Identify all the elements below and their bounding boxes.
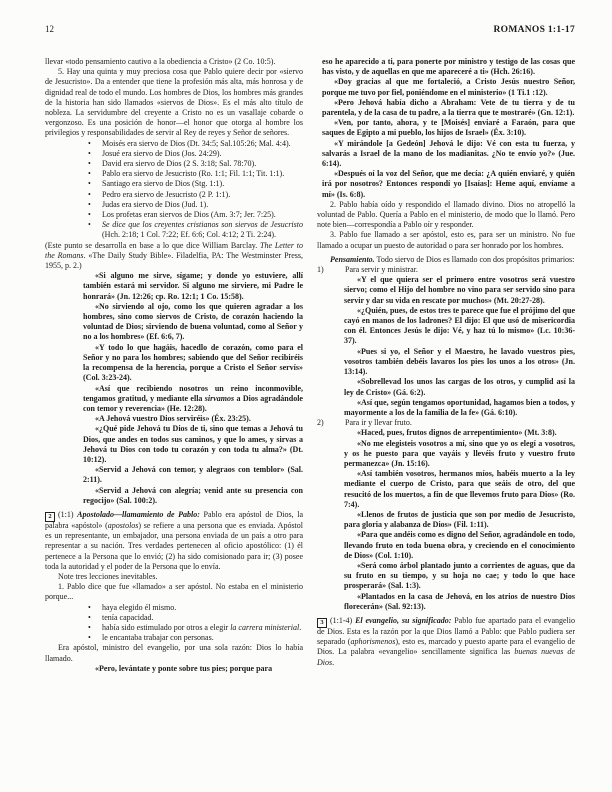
text-run: Note tres lecciones inevitables. [58, 572, 158, 581]
text-run: «Después oí la voz del Señor, que me dec… [322, 169, 575, 198]
text-run: (1:1-4) [330, 616, 355, 625]
text-run: «Si alguno me sirve, sígame; y donde yo … [83, 271, 303, 300]
paragraph: llevar «todo pensamiento cautivo a la ob… [45, 57, 303, 67]
scripture-quote: eso he aparecido a ti, para ponerte por … [317, 57, 575, 77]
scripture-quote: «Pues si yo, el Señor y el Maestro, he l… [317, 347, 575, 378]
text-run: «No sirviendo al ojo, como los que quier… [83, 302, 303, 342]
section-paragraph: 2(1:1) Apostolado—llamamiento de Pablo: … [45, 510, 303, 572]
text-run: «Así también vosotros, hermanos míos, ha… [344, 469, 575, 509]
text-run: 5. Hay una quinta y muy preciosa cosa qu… [45, 67, 303, 137]
text-run: Santiago era siervo de Dios (Stg. 1:1). [102, 179, 224, 188]
scripture-quote: «Y mirándole [a Gedeón] Jehová le dijo: … [317, 139, 575, 170]
scripture-quote: «Para que andéis como es digno del Señor… [317, 530, 575, 561]
bullet-item: •Se dice que los creyentes cristianos so… [45, 220, 303, 240]
bullet-item: •le encantaba trabajar con personas. [45, 633, 303, 643]
text-run: aphorismenos [350, 637, 395, 646]
section-paragraph: 3(1:1-4) El evangelio, su significado: P… [317, 616, 575, 668]
text-run: Todo siervo de Dios es llamado con dos p… [375, 255, 575, 264]
text-run: «Servid a Jehová con temor, y alegraos c… [83, 465, 303, 484]
bullet-item: •haya elegido él mismo. [45, 603, 303, 613]
bullet-icon: • [88, 190, 102, 200]
bullet-item: •David era siervo de Dios (2 S. 3:18; Sa… [45, 159, 303, 169]
text-columns: llevar «todo pensamiento cautivo a la ob… [45, 57, 575, 674]
paragraph: 2. Pablo había oído y respondido el llam… [317, 200, 575, 231]
bullet-item: •Los profetas eran siervos de Dios (Am. … [45, 210, 303, 220]
commentary-page: 12 ROMANOS 1:1-17 llevar «todo pensamien… [0, 0, 612, 792]
text-run: Pedro era siervo de Jesucristo (2 P. 1:1… [102, 190, 230, 199]
bullet-icon: • [88, 613, 102, 623]
text-run: «¿Qué pide Jehová tu Dios de ti, sino qu… [83, 424, 303, 464]
bullet-item: •Santiago era siervo de Dios (Stg. 1:1). [45, 179, 303, 189]
text-run: tenía capacidad. [102, 613, 154, 622]
text-run: «Servid a Jehová con alegría; venid ante… [83, 486, 303, 505]
bullet-icon: • [88, 149, 102, 159]
text-run: apostolos [108, 521, 139, 530]
text-run: Pensamiento. [330, 255, 375, 264]
paragraph: Pensamiento. Todo siervo de Dios es llam… [317, 255, 575, 265]
scripture-quote: «Plantados en la casa de Jehová, en los … [317, 592, 575, 612]
text-run: haya elegido él mismo. [102, 603, 176, 612]
scripture-quote: «Y todo lo que hagáis, hacedlo de corazó… [45, 343, 303, 384]
text-run: Pablo era siervo de Jesucristo (Ro. 1:1;… [102, 169, 284, 178]
scripture-quote: «Y el que quiera ser el primero entre vo… [317, 275, 575, 306]
citation-note: (Este punto se desarrolla en base a lo q… [45, 241, 303, 272]
scripture-quote: «Así que, según tengamos oportunidad, ha… [317, 398, 575, 418]
scripture-quote: «Servid a Jehová con temor, y alegraos c… [45, 465, 303, 485]
text-run: Para ir y llevar fruto. [345, 418, 412, 427]
bullet-icon: • [88, 179, 102, 189]
scripture-quote: «Doy gracias al que me fortaleció, a Cri… [317, 77, 575, 97]
scripture-quote: «Haced, pues, frutos dignos de arrepenti… [317, 428, 575, 438]
text-run: había sido estimulado por otros a elegir [102, 623, 230, 632]
text-run: «Pero, levántate y ponte sobre tus pies;… [95, 664, 272, 673]
list-number: 2) [317, 418, 345, 428]
text-run: le encantaba trabajar con personas. [102, 633, 214, 642]
text-run: eso he aparecido a ti, para ponerte por … [322, 57, 575, 76]
running-head: ROMANOS 1:1-17 [493, 25, 575, 35]
text-run: «Pero Jehová había dicho a Abraham: Vete… [322, 98, 575, 117]
bullet-item: •Judas era siervo de Dios (Jud. 1). [45, 200, 303, 210]
text-run: «Para que andéis como es digno del Señor… [344, 530, 575, 559]
text-run: «No me elegisteis vosotros a mí, sino qu… [344, 439, 575, 468]
text-run: «Sobrellevad los unos las cargas de los … [344, 377, 575, 396]
text-run: El evangelio, su significado: [355, 616, 451, 625]
text-run: (Hch. 2:18; 1 Col. 7:22; Ef. 6:6; Col. 4… [102, 230, 276, 239]
text-run: (Este punto se desarrolla en base a lo q… [45, 241, 260, 250]
text-run: «Llenos de frutos de justicia que son po… [344, 510, 575, 529]
text-run: . «The Daily Study Bible». Filadelfia, P… [45, 251, 303, 270]
text-run: «Haced, pues, frutos dignos de arrepenti… [357, 428, 557, 437]
bullet-item: •Josué era siervo de Dios (Jos. 24:29). [45, 149, 303, 159]
text-run: «Así que, según tengamos oportunidad, ha… [344, 398, 575, 417]
scripture-quote: «¿Qué pide Jehová tu Dios de ti, sino qu… [45, 424, 303, 465]
bullet-icon: • [88, 159, 102, 169]
numbered-item: 1)Para servir y ministrar. [317, 265, 575, 275]
bullet-icon: • [88, 200, 102, 210]
right-column: eso he aparecido a ti, para ponerte por … [317, 57, 575, 674]
page-number: 12 [45, 24, 54, 34]
bullet-icon: • [88, 220, 102, 230]
text-run: (1:1) [58, 510, 77, 519]
text-run: Era apóstol, ministro del evangelio, por… [45, 643, 303, 662]
bullet-icon: • [88, 210, 102, 220]
text-run: «Pues si yo, el Señor y el Maestro, he l… [344, 347, 575, 376]
text-run: . [299, 623, 301, 632]
text-run: «Y el que quiera ser el primero entre vo… [344, 275, 575, 304]
scripture-quote: «Así que recibiendo nosotros un reino in… [45, 384, 303, 415]
text-run: Moisés era siervo de Dios (Dt. 34:5; Sal… [102, 139, 291, 148]
bullet-item: •había sido estimulado por otros a elegi… [45, 623, 303, 633]
text-run: «A Jehová vuestro Dios serviréis» (Éx. 2… [95, 414, 251, 423]
text-run: «Plantados en la casa de Jehová, en los … [344, 592, 575, 611]
bullet-icon: • [88, 623, 102, 633]
scripture-quote: «Si alguno me sirve, sígame; y donde yo … [45, 271, 303, 302]
paragraph: 5. Hay una quinta y muy preciosa cosa qu… [45, 67, 303, 138]
text-run: «Doy gracias al que me fortaleció, a Cri… [322, 77, 575, 96]
text-run: Se dice que los creyentes cristianos son… [102, 220, 303, 229]
left-column: llevar «todo pensamiento cautivo a la ob… [45, 57, 303, 674]
paragraph: 1. Pablo dice que fue «llamado» a ser ap… [45, 582, 303, 602]
text-run: la carrera ministerial [230, 623, 299, 632]
page-header: 12 ROMANOS 1:1-17 [45, 24, 575, 35]
text-run: David era siervo de Dios (2 S. 3:18; Sal… [102, 159, 256, 168]
bullet-item: •tenía capacidad. [45, 613, 303, 623]
scripture-quote: «Ven, por tanto, ahora, y te [Moisés] en… [317, 118, 575, 138]
text-run: Para servir y ministrar. [345, 265, 418, 274]
scripture-quote: «Llenos de frutos de justicia que son po… [317, 510, 575, 530]
text-run: «¿Quién, pues, de estos tres te parece q… [344, 306, 575, 346]
text-run: sirvamos [205, 394, 234, 403]
scripture-quote: «Pero Jehová había dicho a Abraham: Vete… [317, 98, 575, 118]
bullet-item: •Pedro era siervo de Jesucristo (2 P. 1:… [45, 190, 303, 200]
paragraph: 3. Pablo fue llamado a ser apóstol, esto… [317, 230, 575, 250]
text-run: «Ven, por tanto, ahora, y te [Moisés] en… [322, 118, 575, 137]
text-run: Los profetas eran siervos de Dios (Am. 3… [102, 210, 276, 219]
bullet-item: •Pablo era siervo de Jesucristo (Ro. 1:1… [45, 169, 303, 179]
text-run: «Y todo lo que hagáis, hacedlo de corazó… [83, 343, 303, 383]
scripture-quote: «Será como árbol plantado junto a corrie… [317, 561, 575, 592]
bullet-icon: • [88, 633, 102, 643]
text-run: 3. Pablo fue llamado a ser apóstol, esto… [317, 230, 575, 249]
list-number: 1) [317, 265, 345, 275]
section-number-box-icon: 2 [45, 512, 55, 522]
bullet-icon: • [88, 139, 102, 149]
text-run: 2. Pablo había oído y respondido el llam… [317, 200, 575, 229]
scripture-quote: «No sirviendo al ojo, como los que quier… [45, 302, 303, 343]
scripture-quote: «Después oí la voz del Señor, que me dec… [317, 169, 575, 200]
scripture-quote: «No me elegisteis vosotros a mí, sino qu… [317, 439, 575, 470]
text-run: llevar «todo pensamiento cautivo a la ob… [45, 57, 275, 66]
text-run: «Y mirándole [a Gedeón] Jehová le dijo: … [322, 139, 575, 168]
text-run: 1. Pablo dice que fue «llamado» a ser ap… [45, 582, 303, 601]
scripture-quote: «Así también vosotros, hermanos míos, ha… [317, 469, 575, 510]
text-run: Apostolado—llamamiento de Pablo: [77, 510, 200, 519]
scripture-quote: «¿Quién, pues, de estos tres te parece q… [317, 306, 575, 347]
section-number-box-icon: 3 [317, 618, 327, 628]
bullet-icon: • [88, 169, 102, 179]
numbered-item: 2)Para ir y llevar fruto. [317, 418, 575, 428]
scripture-quote: «Sobrellevad los unos las cargas de los … [317, 377, 575, 397]
paragraph: Note tres lecciones inevitables. [45, 572, 303, 582]
text-run: «Será como árbol plantado junto a corrie… [344, 561, 575, 590]
scripture-quote: «A Jehová vuestro Dios serviréis» (Éx. 2… [45, 414, 303, 424]
scripture-quote: «Servid a Jehová con alegría; venid ante… [45, 486, 303, 506]
text-run: . [332, 658, 334, 667]
paragraph: Era apóstol, ministro del evangelio, por… [45, 643, 303, 663]
text-run: Josué era siervo de Dios (Jos. 24:29). [102, 149, 222, 158]
bullet-icon: • [88, 603, 102, 613]
text-run: Judas era siervo de Dios (Jud. 1). [102, 200, 208, 209]
bullet-item: •Moisés era siervo de Dios (Dt. 34:5; Sa… [45, 139, 303, 149]
scripture-quote: «Pero, levántate y ponte sobre tus pies;… [45, 664, 303, 674]
